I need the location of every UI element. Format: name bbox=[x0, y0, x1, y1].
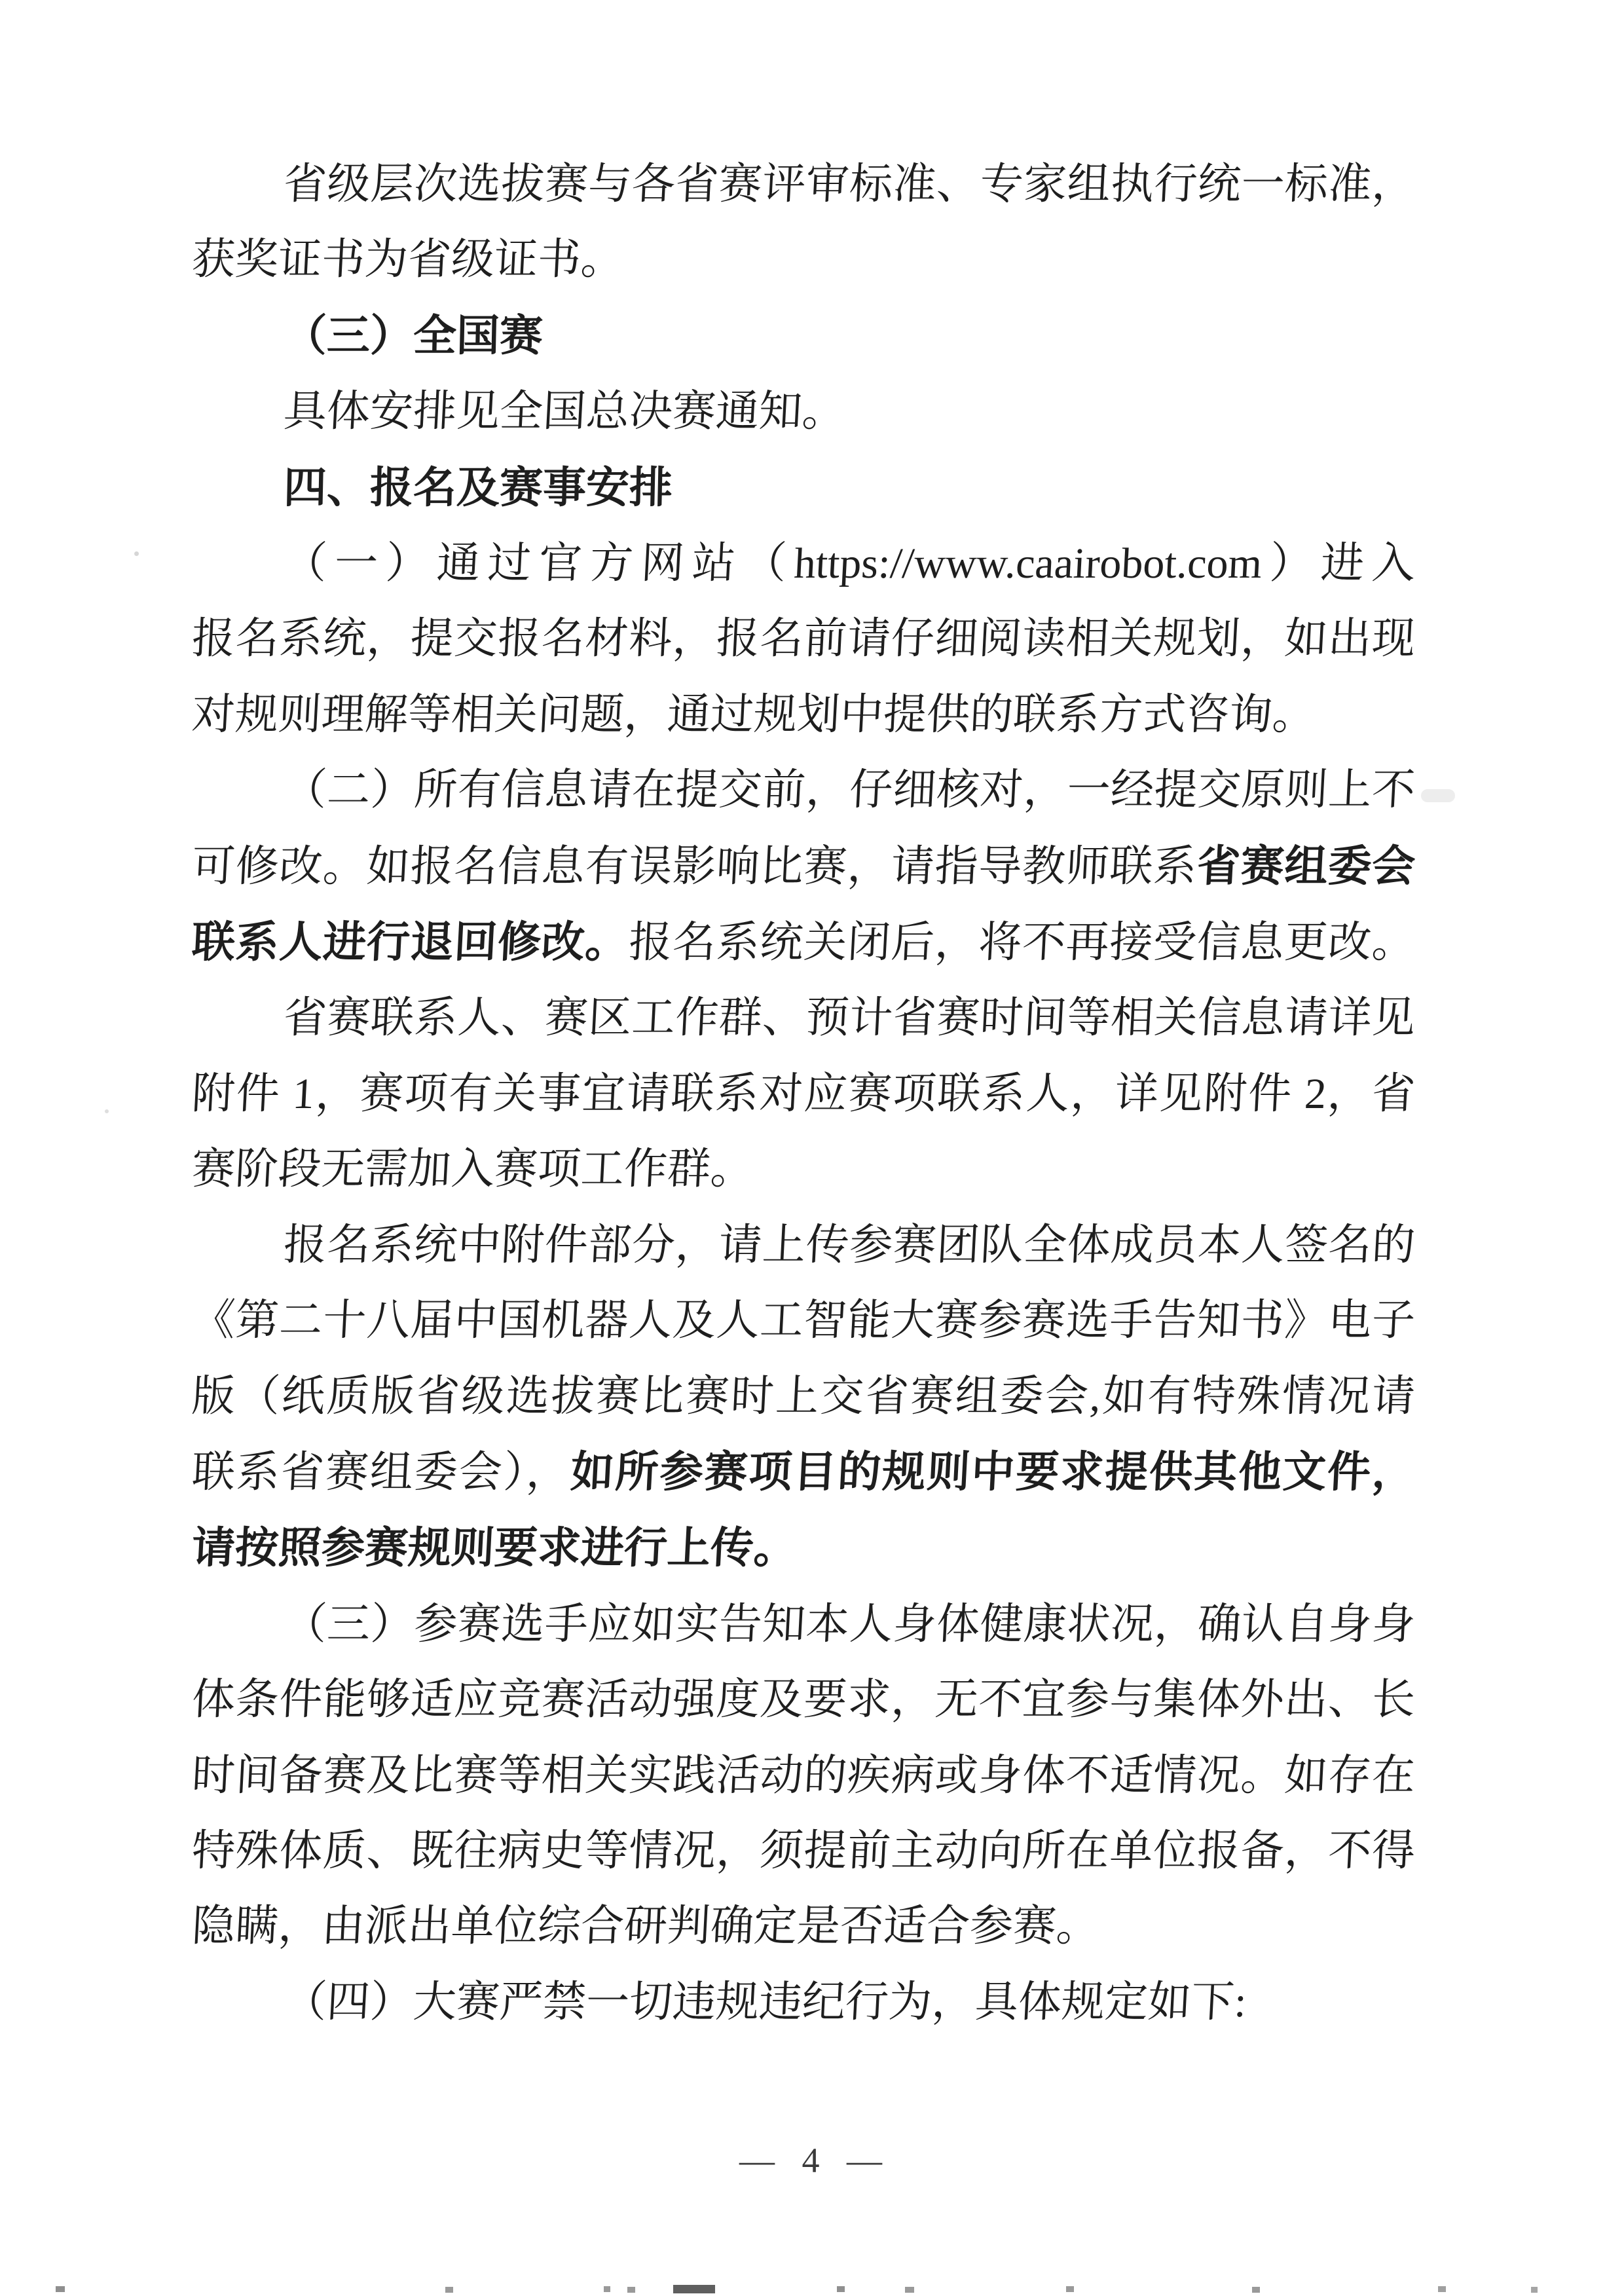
bold-text-run: 请按照参赛规则要求进行上传。 bbox=[191, 1523, 798, 1572]
text-line: 省级层次选拔赛与各省赛评审标准、专家组执行统一标准， bbox=[190, 147, 1417, 222]
page-number: — 4 — bbox=[0, 2140, 1624, 2181]
text-line: 联系省赛组委会），如所参赛项目的规则中要求提供其他文件， bbox=[190, 1434, 1417, 1510]
text-run: 报名系统关闭后，将不再接受信息更改。 bbox=[627, 919, 1416, 967]
text-line: 附件 1，赛项有关事宜请联系对应赛项联系人，详见附件 2，省 bbox=[190, 1056, 1417, 1132]
heading-line: （三）全国赛 bbox=[191, 298, 1416, 374]
scan-edge-mark bbox=[56, 2286, 65, 2292]
page-number-text: — 4 — bbox=[739, 2141, 885, 2180]
text-line: 省赛联系人、赛区工作群、预计省赛时间等相关信息请详见 bbox=[190, 980, 1417, 1056]
text-run: 报名系统中附件部分，请上传参赛团队全体成员本人签名的 bbox=[282, 1221, 1416, 1269]
text-run: 联系省赛组委会）， bbox=[191, 1449, 572, 1496]
text-line: 报名系统，提交报名材料，报名前请仔细阅读相关规划，如出现 bbox=[190, 601, 1417, 676]
text-run: 具体安排见全国总决赛通知。 bbox=[282, 388, 847, 435]
text-line: 版（纸质版省级选拔赛比赛时上交省赛组委会,如有特殊情况请 bbox=[190, 1359, 1417, 1434]
text-line: 时间备赛及比赛等相关实践活动的疾病或身体不适情况。如存在 bbox=[190, 1738, 1417, 1813]
scan-smudge bbox=[1421, 789, 1455, 802]
text-run: 特殊体质、既往病史等情况，须提前主动向所在单位报备，不得 bbox=[191, 1827, 1416, 1875]
text-run: （三）参赛选手应如实告知本人身体健康状况，确认自身身 bbox=[282, 1601, 1416, 1648]
scan-edge-mark bbox=[673, 2285, 715, 2293]
text-line: （一）通过官方网站（https://www.caairobot.com）进入 bbox=[190, 526, 1417, 601]
text-line: （二）所有信息请在提交前，仔细核对，一经提交原则上不 bbox=[190, 752, 1417, 828]
text-line: 获奖证书为省级证书。 bbox=[190, 222, 1417, 297]
scan-edge-mark bbox=[1438, 2286, 1446, 2292]
scan-edge-mark bbox=[445, 2287, 453, 2293]
bold-text-run: 省赛组委会 bbox=[1196, 842, 1416, 890]
scan-speck bbox=[134, 551, 139, 556]
scan-edge-mark bbox=[1531, 2287, 1538, 2293]
text-run: 省级层次选拔赛与各省赛评审标准、专家组执行统一标准， bbox=[282, 160, 1416, 208]
text-run: 时间备赛及比赛等相关实践活动的疾病或身体不适情况。如存在 bbox=[191, 1752, 1416, 1800]
text-line: 对规则理解等相关问题，通过规划中提供的联系方式咨询。 bbox=[190, 677, 1417, 752]
scan-edge-mark bbox=[837, 2286, 845, 2292]
text-run: 体条件能够适应竞赛活动强度及要求，无不宜参与集体外出、长 bbox=[191, 1676, 1416, 1724]
text-run: 可修改。如报名信息有误影响比赛，请指导教师联系 bbox=[191, 843, 1198, 891]
scan-edge-mark bbox=[604, 2286, 610, 2292]
bold-text-run: 如所参赛项目的规则中要求提供其他文件， bbox=[570, 1447, 1416, 1496]
text-line: 隐瞒，由派出单位综合研判确定是否适合参赛。 bbox=[190, 1889, 1417, 1964]
bold-text-run: （三）全国赛 bbox=[283, 311, 544, 360]
text-line: 《第二十八届中国机器人及人工智能大赛参赛选手告知书》电子 bbox=[190, 1283, 1417, 1358]
text-run: 赛阶段无需加入赛项工作群。 bbox=[191, 1145, 755, 1193]
text-run: （一）通过官方网站（https://www.caairobot.com）进入 bbox=[282, 540, 1416, 587]
text-line: （四）大赛严禁一切违规违纪行为，具体规定如下: bbox=[190, 1965, 1417, 2040]
text-line: 联系人进行退回修改。报名系统关闭后，将不再接受信息更改。 bbox=[190, 904, 1417, 980]
text-run: 隐瞒，由派出单位综合研判确定是否适合参赛。 bbox=[191, 1902, 1101, 1950]
text-line: 特殊体质、既往病史等情况，须提前主动向所在单位报备，不得 bbox=[190, 1813, 1417, 1889]
text-line: 报名系统中附件部分，请上传参赛团队全体成员本人签名的 bbox=[190, 1208, 1417, 1283]
text-run: （四）大赛严禁一切违规违纪行为，具体规定如下: bbox=[282, 1978, 1247, 2026]
text-run: 省赛联系人、赛区工作群、预计省赛时间等相关信息请详见 bbox=[282, 994, 1416, 1042]
text-line: 具体安排见全国总决赛通知。 bbox=[190, 374, 1417, 449]
document-page: 省级层次选拔赛与各省赛评审标准、专家组执行统一标准，获奖证书为省级证书。（三）全… bbox=[0, 0, 1624, 2296]
text-line: 可修改。如报名信息有误影响比赛，请指导教师联系省赛组委会 bbox=[190, 828, 1417, 904]
scan-edge-mark bbox=[1252, 2287, 1260, 2293]
bold-text-run: 联系人进行退回修改。 bbox=[191, 917, 630, 966]
document-body: 省级层次选拔赛与各省赛评审标准、专家组执行统一标准，获奖证书为省级证书。（三）全… bbox=[192, 147, 1415, 2040]
text-run: 报名系统，提交报名材料，报名前请仔细阅读相关规划，如出现 bbox=[191, 615, 1416, 663]
text-line: 赛阶段无需加入赛项工作群。 bbox=[190, 1132, 1417, 1207]
text-run: 对规则理解等相关问题，通过规划中提供的联系方式咨询。 bbox=[191, 691, 1317, 739]
scan-edge-mark bbox=[905, 2287, 914, 2293]
text-run: （二）所有信息请在提交前，仔细核对，一经提交原则上不 bbox=[282, 766, 1416, 814]
text-run: 附件 1，赛项有关事宜请联系对应赛项联系人，详见附件 2，省 bbox=[191, 1070, 1416, 1118]
text-line: （三）参赛选手应如实告知本人身体健康状况，确认自身身 bbox=[190, 1587, 1417, 1662]
bold-text-run: 四、报名及赛事安排 bbox=[283, 463, 673, 511]
text-line: 请按照参赛规则要求进行上传。 bbox=[190, 1510, 1417, 1586]
scan-edge-mark bbox=[627, 2287, 635, 2293]
scan-edge-mark bbox=[1066, 2286, 1074, 2292]
text-run: 版（纸质版省级选拔赛比赛时上交省赛组委会,如有特殊情况请 bbox=[191, 1373, 1416, 1420]
heading-line: 四、报名及赛事安排 bbox=[191, 450, 1416, 526]
text-run: 获奖证书为省级证书。 bbox=[191, 236, 625, 284]
text-run: 《第二十八届中国机器人及人工智能大赛参赛选手告知书》电子 bbox=[191, 1297, 1416, 1344]
text-line: 体条件能够适应竞赛活动强度及要求，无不宜参与集体外出、长 bbox=[190, 1662, 1417, 1737]
scan-speck bbox=[105, 1109, 109, 1113]
